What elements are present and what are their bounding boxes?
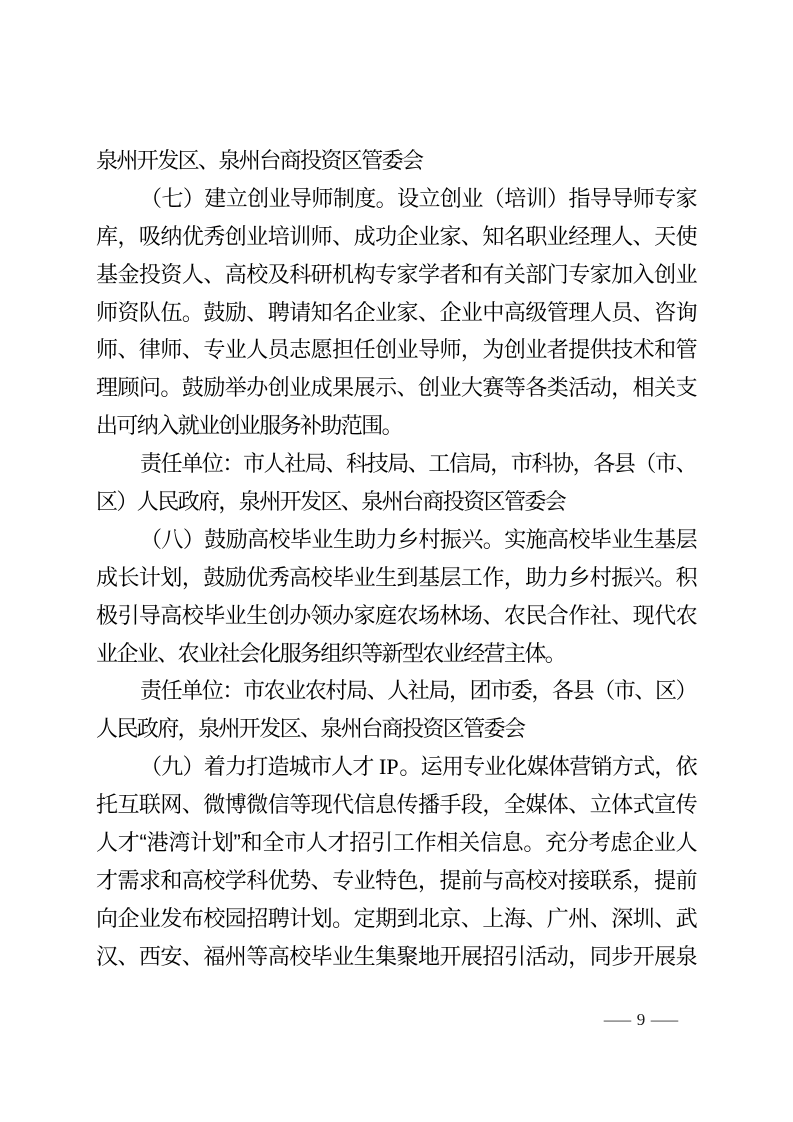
line-text: 基金投资人、高校及科研机构专家学者和有关部门专家加入创业 — [96, 262, 696, 287]
line-text: 师资队伍。鼓励、聘请知名企业家、企业中高级管理人员、咨询 — [96, 300, 696, 325]
document-page: 泉州开发区、泉州台商投资区管委会（七）建立创业导师制度。设立创业（培训）指导导师… — [0, 0, 793, 1122]
text-line: 库，吸纳优秀创业培训师、成功企业家、知名职业经理人、天使 — [96, 218, 696, 256]
line-text: 汉、西安、福州等高校毕业生集聚地开展招引活动，同步开展泉 — [96, 944, 696, 969]
text-line: 才需求和高校学科优势、专业特色，提前与高校对接联系，提前 — [96, 862, 696, 900]
line-text: 师、律师、专业人员志愿担任创业导师，为创业者提供技术和管 — [96, 337, 696, 362]
text-line: 基金投资人、高校及科研机构专家学者和有关部门专家加入创业 — [96, 256, 696, 294]
line-text: （九）着力打造城市人才 — [140, 754, 379, 779]
text-line: 业企业、农业社会化服务组织等新型农业经营主体。 — [96, 635, 696, 673]
text-line: 成长计划，鼓励优秀高校毕业生到基层工作，助力乡村振兴。积 — [96, 559, 696, 597]
line-text: 业企业、农业社会化服务组织等新型农业经营主体。 — [96, 641, 565, 666]
text-line: 出可纳入就业创业服务补助范围。 — [96, 407, 696, 445]
text-line: 责任单位：市农业农村局、人社局，团市委，各县（市、区） — [96, 672, 696, 710]
line-text: 理顾问。鼓励举办创业成果展示、创业大赛等各类活动，相关支 — [96, 375, 696, 400]
page-number-value: 9 — [637, 1008, 646, 1032]
text-block: 泉州开发区、泉州台商投资区管委会（七）建立创业导师制度。设立创业（培训）指导导师… — [96, 142, 696, 976]
line-text: 责任单位：市农业农村局、人社局，团市委，各县（市、区） — [140, 678, 696, 703]
text-line: 师、律师、专业人员志愿担任创业导师，为创业者提供技术和管 — [96, 331, 696, 369]
text-line: 理顾问。鼓励举办创业成果展示、创业大赛等各类活动，相关支 — [96, 369, 696, 407]
line-text: 区）人民政府，泉州开发区、泉州台商投资区管委会 — [96, 489, 565, 514]
text-line: 向企业发布校园招聘计划。定期到北京、上海、广州、深圳、武 — [96, 900, 696, 938]
line-text: 人才“港湾计划”和全市人才招引工作相关信息。充分考虑企业人 — [96, 830, 696, 855]
text-line: （九）着力打造城市人才 IP。运用专业化媒体营销方式，依 — [96, 748, 696, 786]
text-line: 区）人民政府，泉州开发区、泉州台商投资区管委会 — [96, 483, 696, 521]
line-text: 。运用专业化媒体营销方式，依 — [399, 754, 696, 779]
page-number: —9— — [556, 1008, 726, 1032]
line-text: 责任单位：市人社局、科技局、工信局，市科协，各县（市、 — [140, 451, 696, 476]
line-text: 才需求和高校学科优势、专业特色，提前与高校对接联系，提前 — [96, 868, 696, 893]
line-text: 成长计划，鼓励优秀高校毕业生到基层工作，助力乡村振兴。积 — [96, 565, 696, 590]
line-text: 库，吸纳优秀创业培训师、成功企业家、知名职业经理人、天使 — [96, 224, 696, 249]
latin-text: IP — [379, 754, 399, 779]
line-text: 极引导高校毕业生创办领办家庭农场林场、农民合作社、现代农 — [96, 603, 696, 628]
text-line: 汉、西安、福州等高校毕业生集聚地开展招引活动，同步开展泉 — [96, 938, 696, 976]
page-number-right-dash: — — [651, 1008, 678, 1032]
line-text: 人民政府，泉州开发区、泉州台商投资区管委会 — [96, 716, 524, 741]
text-line: （七）建立创业导师制度。设立创业（培训）指导导师专家 — [96, 180, 696, 218]
text-line: 师资队伍。鼓励、聘请知名企业家、企业中高级管理人员、咨询 — [96, 294, 696, 332]
text-line: 托互联网、微博微信等现代信息传播手段，全媒体、立体式宣传 — [96, 786, 696, 824]
line-text: （七）建立创业导师制度。设立创业（培训）指导导师专家 — [140, 186, 696, 211]
page-number-left-dash: — — [604, 1008, 631, 1032]
text-line: （八）鼓励高校毕业生助力乡村振兴。实施高校毕业生基层 — [96, 521, 696, 559]
line-text: 托互联网、微博微信等现代信息传播手段，全媒体、立体式宣传 — [96, 792, 696, 817]
line-text: 向企业发布校园招聘计划。定期到北京、上海、广州、深圳、武 — [96, 906, 696, 931]
line-text: 泉州开发区、泉州台商投资区管委会 — [96, 148, 422, 173]
line-text: 出可纳入就业创业服务补助范围。 — [96, 413, 402, 438]
line-text: （八）鼓励高校毕业生助力乡村振兴。实施高校毕业生基层 — [140, 527, 696, 552]
text-line: 泉州开发区、泉州台商投资区管委会 — [96, 142, 696, 180]
text-line: 人民政府，泉州开发区、泉州台商投资区管委会 — [96, 710, 696, 748]
text-line: 极引导高校毕业生创办领办家庭农场林场、农民合作社、现代农 — [96, 597, 696, 635]
text-line: 责任单位：市人社局、科技局、工信局，市科协，各县（市、 — [96, 445, 696, 483]
text-line: 人才“港湾计划”和全市人才招引工作相关信息。充分考虑企业人 — [96, 824, 696, 862]
